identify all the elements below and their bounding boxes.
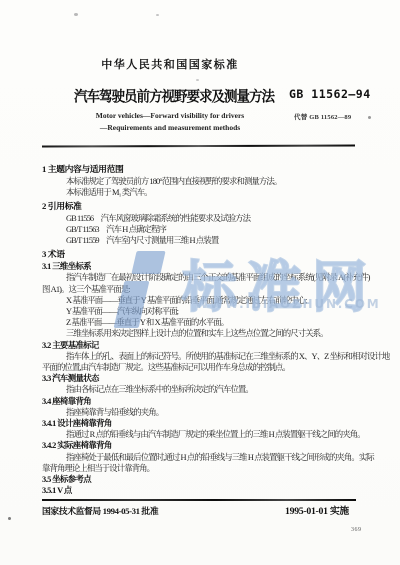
document-body: 1 主题内容与适用范围本标准规定了驾驶员前方 180°范围内直接视野的要求和测量… [42, 161, 372, 496]
body-line: Z 基准平面——垂直于 Y 和 X 基准平面的水平面。 [42, 317, 372, 328]
body-line: 指车体上的孔、表面上的标记符号。所使用的基准标记在三维坐标系的 X、Y、Z 坐标… [42, 351, 372, 362]
body-line: 3.5.1 V 点 [42, 485, 372, 496]
body-line: 指通过 R 点的铅垂线与由汽车制造厂规定的乘坐位置上的三维 H 点装置躯干线之间… [42, 429, 372, 440]
body-line: 2 引用标准 [42, 201, 372, 212]
standard-code: GB 11562—94 [289, 87, 371, 101]
header-divider-rule [42, 145, 355, 148]
body-line: 指由各标记点在三维坐标系中的坐标所决定的汽车位置。 [42, 384, 372, 395]
scan-speck [196, 79, 199, 81]
body-line: X 基准平面——垂直于 Y 基准平面的铅垂平面,通常规定通过左右前轮中心; [42, 295, 372, 306]
page-number: 369 [351, 527, 362, 533]
implementation-note: 1995-01-01 实施 [285, 503, 349, 517]
body-line: 平面的位置,由汽车制造厂规定。这些基准标记可以用作车身总成的控制点。 [42, 362, 372, 373]
body-line: GB 11556 汽车风窗玻璃除霜系统的性能要求及试验方法 [42, 213, 372, 224]
body-line: 1 主题内容与适用范围 [42, 164, 372, 175]
body-line: 3.3 汽车测量状态 [42, 373, 372, 384]
body-line: 指汽车制造厂在最初设计阶段确定的由三个正交的基准平面组成的坐标系统(见附录 A(… [42, 272, 372, 283]
body-line: 本标准规定了驾驶员前方 180°范围内直接视野的要求和测量方法。 [42, 176, 372, 187]
body-line: 指座椅靠背与铅垂线的夹角。 [42, 407, 372, 418]
standard-document-page: 中华人民共和国国家标准 汽车驾驶员前方视野要求及测量方法 GB 11562—94… [0, 0, 400, 565]
body-line: 靠背角理论上相当于设计靠背角。 [42, 463, 372, 474]
body-line: 本标准适用于 M₁ 类汽车。 [42, 187, 372, 198]
footer-divider-rule [42, 499, 356, 501]
body-line: 3.4.1 设计座椅靠背角 [42, 418, 372, 429]
national-standard-label: 中华人民共和国国家标准 [0, 56, 340, 72]
scan-speck [8, 517, 11, 520]
scan-speck [368, 116, 371, 119]
body-line: 3 术语 [42, 249, 372, 260]
replaces-standard-note: 代替 GB 11562—89 [294, 112, 351, 121]
body-line: 3.2 主要基准标记 [42, 340, 372, 351]
document-title-en-line1: Motor vehicles—Forward visibility for dr… [0, 111, 340, 120]
body-line: 3.4.2 实际座椅靠背角 [42, 440, 372, 451]
body-line: 图 A1)。这三个基准平面是: [42, 284, 372, 295]
body-line: 三维坐标系用来决定图样上设计点的位置和实车上这些点位置之间的尺寸关系。 [42, 328, 372, 339]
document-title-en-line2: —Requirements and measurement methods [0, 123, 340, 132]
body-line: Y 基准平面——汽车纵向对称平面; [42, 306, 372, 317]
scan-speck [156, 14, 159, 16]
body-line: 3.5 坐标参考点 [42, 474, 372, 485]
approval-note: 国家技术监督局 1994-05-31 批准 [42, 504, 158, 517]
scan-speck [74, 13, 78, 16]
body-line: GB/T 11559 汽车室内尺寸测量用三维 H 点装置 [42, 235, 372, 246]
body-line: 3.1 三维坐标系 [42, 261, 372, 272]
body-line: 指座椅处于最低和最后位置时,通过 H 点的铅垂线与三维 H 点装置躯干线之间形成… [42, 452, 372, 463]
body-line: 3.4 座椅靠背角 [42, 396, 372, 407]
document-title-cn: 汽车驾驶员前方视野要求及测量方法 [74, 84, 274, 106]
body-line: GB/T 11563 汽车 H 点确定程序 [42, 224, 372, 235]
